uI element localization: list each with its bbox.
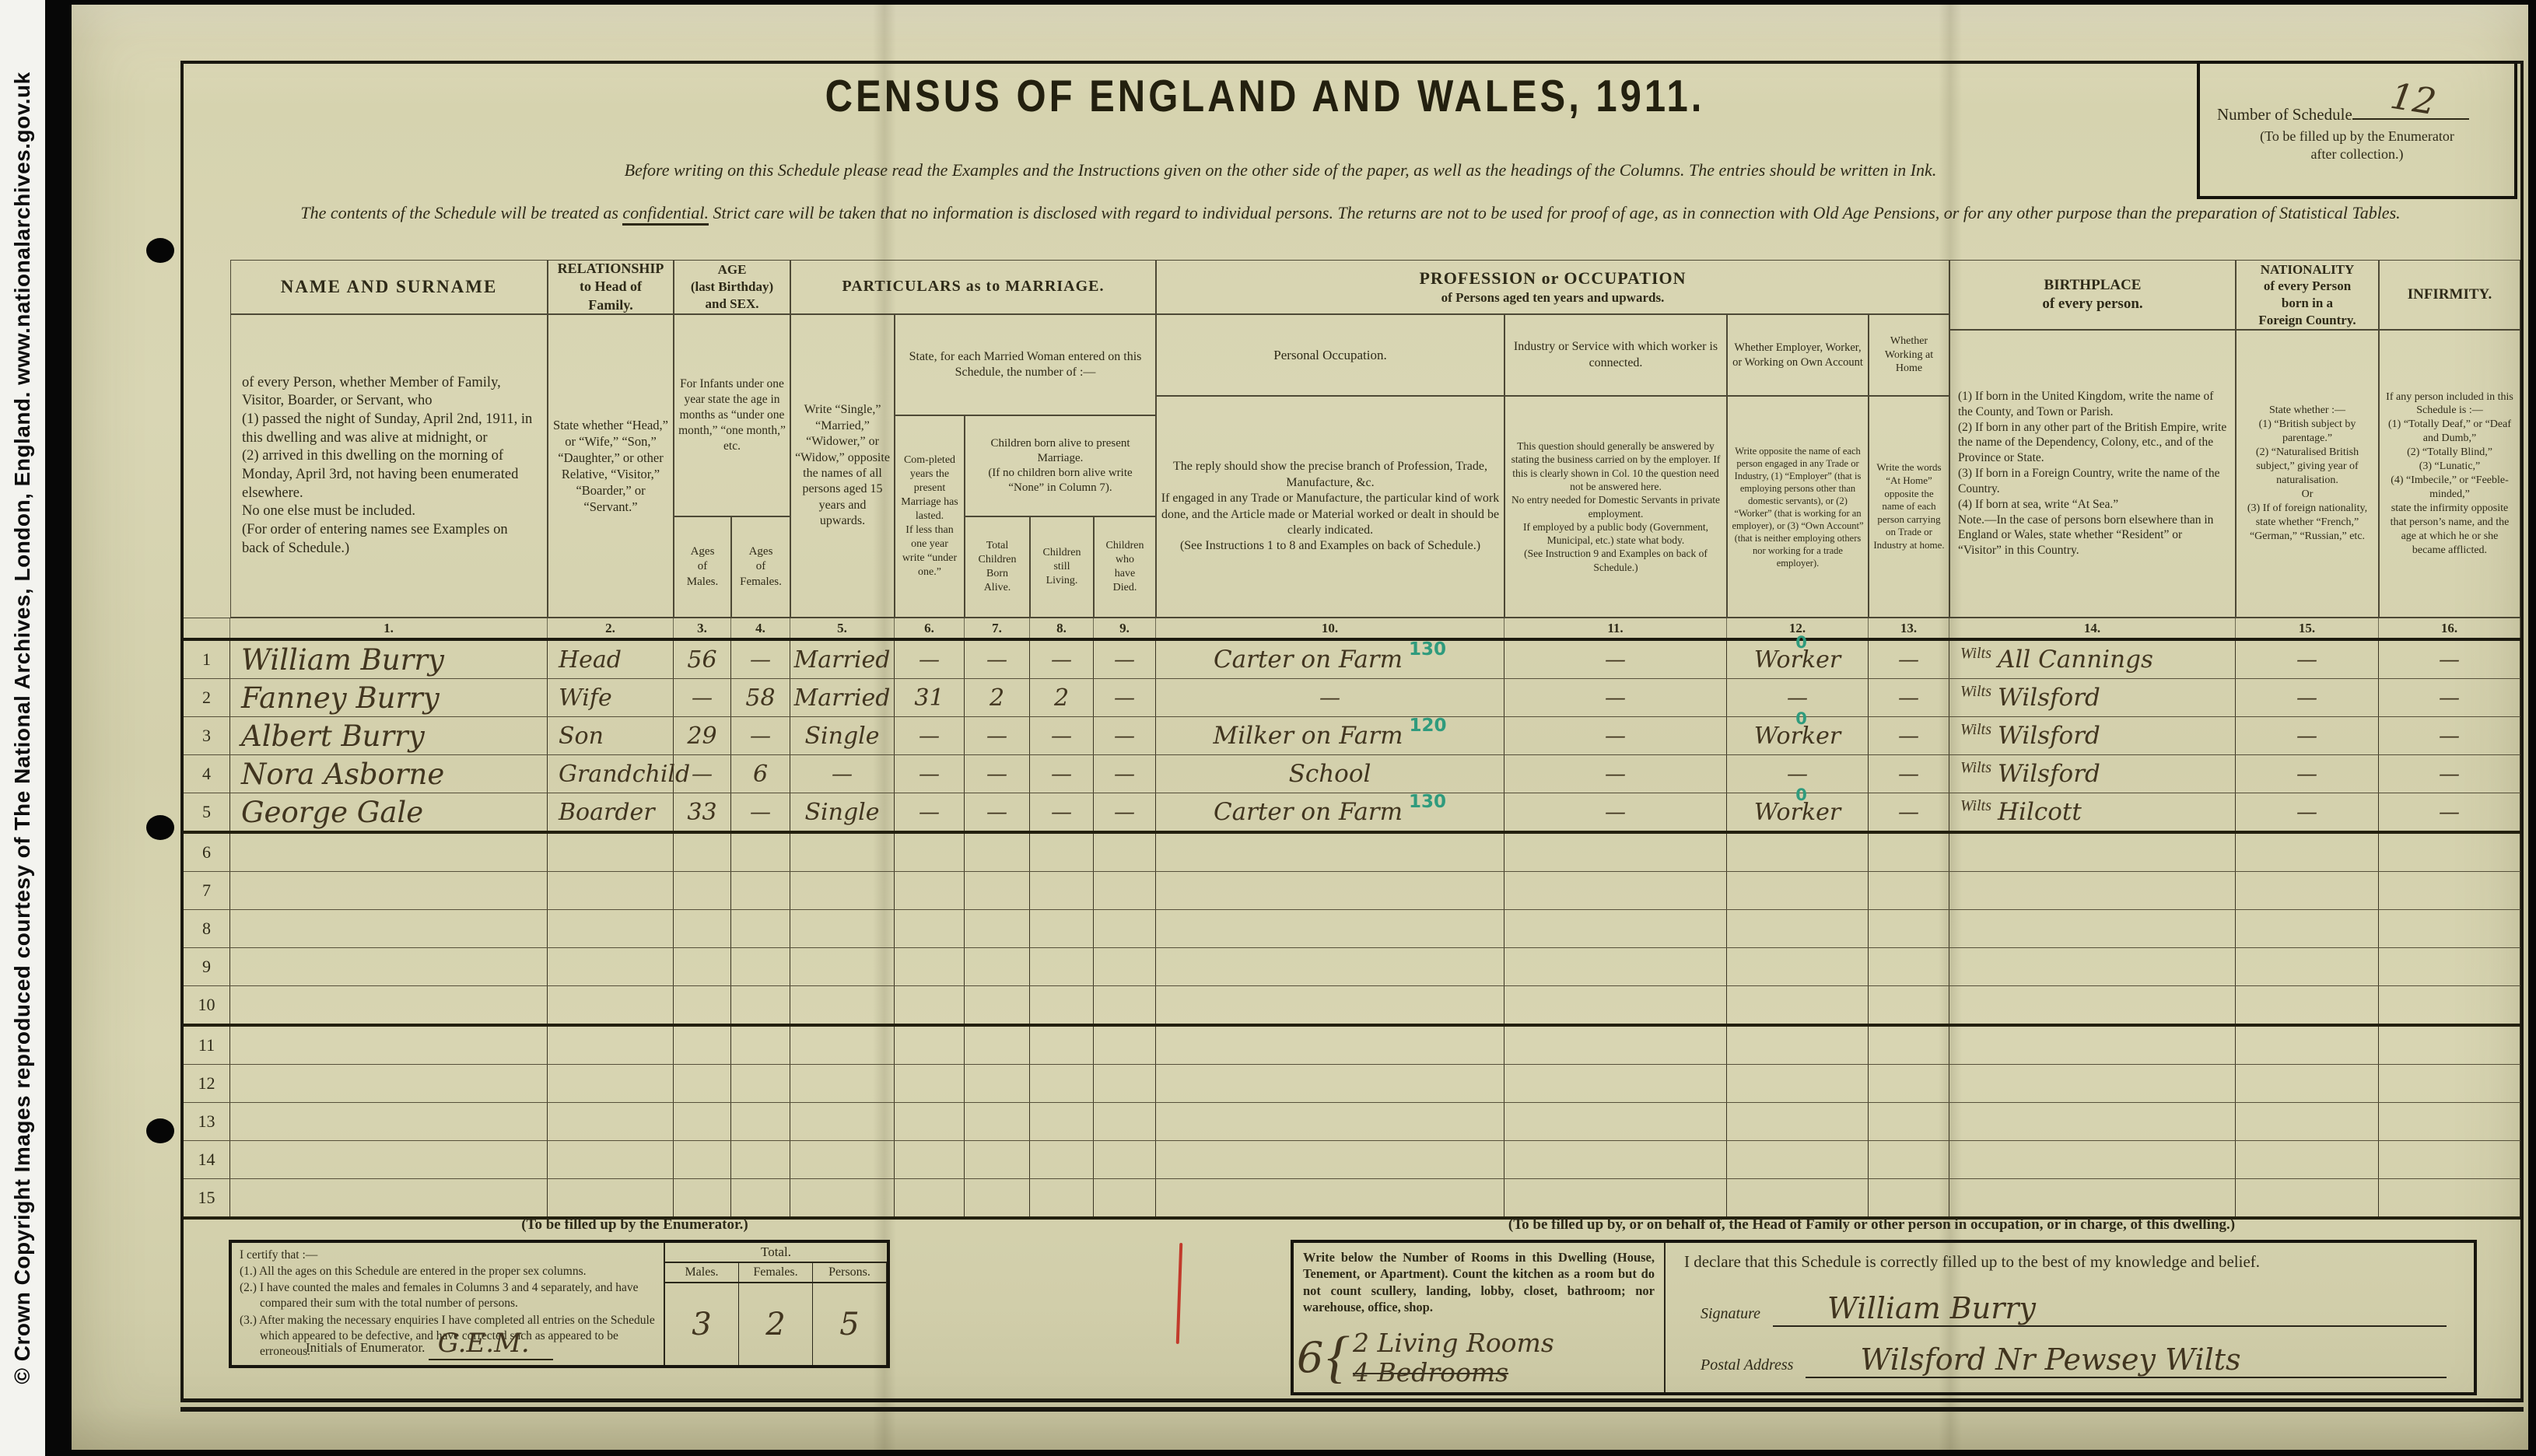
cell-age-males	[674, 1027, 731, 1064]
cell-nationality	[2236, 872, 2379, 909]
cell-occupation	[1156, 834, 1504, 871]
census-form: CENSUS OF ENGLAND AND WALES, 1911. Numbe…	[180, 61, 2524, 1402]
cell-children-died	[1094, 986, 1156, 1024]
row-number: 3	[184, 717, 230, 754]
col9-head: Children who have Died.	[1094, 516, 1156, 618]
cell-occupation	[1156, 1065, 1504, 1102]
cell-industry	[1504, 1141, 1727, 1178]
cell-marriage	[790, 872, 895, 909]
cell-years-married	[895, 1027, 965, 1064]
cell-years-married	[895, 1065, 965, 1102]
cell-nationality	[2236, 1141, 2379, 1178]
cell-industry	[1504, 910, 1727, 947]
cell-infirmity	[2379, 1179, 2520, 1216]
cell-marriage	[790, 1065, 895, 1102]
cell-relationship: Head	[548, 641, 674, 678]
rooms-cell: Write below the Number of Rooms in this …	[1294, 1243, 1666, 1392]
cell-age-females	[731, 1065, 790, 1102]
cell-years-married: —	[895, 793, 965, 831]
cell-children-born	[965, 872, 1030, 909]
cell-at-home	[1869, 834, 1949, 871]
cell-years-married: —	[895, 755, 965, 793]
cell-relationship: Grandchild	[548, 755, 674, 793]
col12-head: Whether Employer, Worker, or Working on …	[1727, 314, 1869, 396]
cell-name	[230, 986, 548, 1024]
cell-birthplace: WiltsWilsford	[1949, 717, 2236, 754]
cell-nationality: —	[2236, 793, 2379, 831]
cell-age-males	[674, 1065, 731, 1102]
cell-age-females	[731, 986, 790, 1024]
cell-at-home	[1869, 1027, 1949, 1064]
cell-children-died	[1094, 948, 1156, 985]
cell-age-males	[674, 1141, 731, 1178]
table-row: 4Nora AsborneGrandchild—6—————School———W…	[184, 755, 2520, 793]
cell-birthplace	[1949, 986, 2236, 1024]
col6-instructions: Com-pleted years the present Marriage ha…	[895, 415, 965, 618]
cell-years-married: —	[895, 641, 965, 678]
cell-age-females	[731, 872, 790, 909]
cell-at-home	[1869, 1141, 1949, 1178]
table-row: 8	[184, 910, 2520, 948]
cell-employment-status	[1727, 1103, 1869, 1140]
cell-infirmity	[2379, 1027, 2520, 1064]
cell-infirmity	[2379, 834, 2520, 871]
col11-head: Industry or Service with which worker is…	[1504, 314, 1727, 396]
cell-years-married	[895, 1179, 965, 1216]
cell-birthplace: WiltsWilsford	[1949, 679, 2236, 716]
cell-marriage	[790, 1103, 895, 1140]
cell-birthplace: WiltsHilcott	[1949, 793, 2236, 831]
total-females-value: 2	[765, 1307, 785, 1342]
cell-age-males	[674, 948, 731, 985]
column-number-14: 14.	[1949, 618, 2236, 638]
cell-at-home: —	[1869, 717, 1949, 754]
cell-children-living	[1030, 1103, 1094, 1140]
table-row: 3Albert BurrySon29—Single————Milker on F…	[184, 717, 2520, 755]
cell-infirmity	[2379, 910, 2520, 947]
cell-occupation: Carter on Farm130	[1156, 793, 1504, 831]
cell-children-died: —	[1094, 641, 1156, 678]
cell-marriage	[790, 1027, 895, 1064]
cell-years-married: 31	[895, 679, 965, 716]
col14-instructions: (1) If born in the United Kingdom, write…	[1949, 330, 2236, 618]
cell-children-living	[1030, 1179, 1094, 1216]
cell-relationship	[548, 986, 674, 1024]
cell-children-born	[965, 986, 1030, 1024]
cell-children-living: —	[1030, 641, 1094, 678]
cell-relationship: Wife	[548, 679, 674, 716]
cell-age-females	[731, 834, 790, 871]
cell-children-living: 2	[1030, 679, 1094, 716]
col2-instructions: State whether “Head,” or “Wife,” “Son,” …	[548, 314, 674, 618]
cell-marriage	[790, 910, 895, 947]
cell-industry: —	[1504, 755, 1727, 793]
cell-age-males	[674, 986, 731, 1024]
cell-children-died: —	[1094, 679, 1156, 716]
cell-age-females: 58	[731, 679, 790, 716]
col-group-infirmity: INFIRMITY.	[2379, 260, 2520, 330]
cell-children-born	[965, 1103, 1030, 1140]
cell-children-living	[1030, 1065, 1094, 1102]
age-infants-note: For Infants under one year state the age…	[674, 314, 790, 516]
cell-marriage	[790, 986, 895, 1024]
schedule-number-box: Number of Schedule (To be filled up by t…	[2197, 61, 2517, 199]
cell-children-born	[965, 1179, 1030, 1216]
rooms-line-1: 2 Living Rooms	[1353, 1328, 1554, 1358]
postal-address-value: Wilsford Nr Pewsey Wilts	[1806, 1342, 2447, 1378]
cell-occupation	[1156, 986, 1504, 1024]
col13-head: Whether Working at Home	[1869, 314, 1949, 396]
cell-nationality	[2236, 1065, 2379, 1102]
cell-age-males	[674, 1179, 731, 1216]
column-number-15: 15.	[2236, 618, 2379, 638]
cell-age-males	[674, 872, 731, 909]
schedule-number-label: Number of Schedule	[2217, 105, 2352, 124]
cell-occupation	[1156, 948, 1504, 985]
cell-employment-status	[1727, 948, 1869, 985]
col10-instructions: The reply should show the precise branch…	[1156, 396, 1504, 618]
rooms-handwritten: 6 { 2 Living Rooms 4 Bedrooms	[1297, 1325, 1554, 1391]
column-number-10: 10.	[1156, 618, 1504, 638]
cell-birthplace	[1949, 1179, 2236, 1216]
cell-occupation	[1156, 872, 1504, 909]
cell-at-home	[1869, 1103, 1949, 1140]
table-row: 11	[184, 1027, 2520, 1065]
enumerator-initials-value: G.E.M.	[429, 1328, 553, 1360]
cell-at-home: —	[1869, 755, 1949, 793]
rooms-line-2: 4 Bedrooms	[1353, 1358, 1554, 1388]
row-number: 2	[184, 679, 230, 716]
table-row: 10	[184, 986, 2520, 1027]
cell-industry	[1504, 872, 1727, 909]
enumerator-heading: (To be filled up by the Enumerator.)	[378, 1216, 891, 1234]
cell-at-home	[1869, 910, 1949, 947]
cell-employment-status	[1727, 1141, 1869, 1178]
householder-heading: (To be filled up by, or on behalf of, th…	[1234, 1216, 2510, 1234]
cell-children-living	[1030, 1141, 1094, 1178]
cell-name: Nora Asborne	[230, 755, 548, 793]
row-number: 8	[184, 910, 230, 947]
row-number: 7	[184, 872, 230, 909]
cell-children-born: —	[965, 755, 1030, 793]
cell-children-died	[1094, 872, 1156, 909]
cell-relationship	[548, 910, 674, 947]
punch-hole	[146, 1118, 174, 1143]
cell-nationality: —	[2236, 641, 2379, 678]
cell-marriage	[790, 834, 895, 871]
table-row: 15	[184, 1179, 2520, 1220]
cell-name	[230, 872, 548, 909]
copyright-strip: © Crown Copyright Images reproduced cour…	[0, 0, 45, 1456]
cell-nationality	[2236, 1027, 2379, 1064]
cell-marriage: —	[790, 755, 895, 793]
cell-marriage	[790, 1141, 895, 1178]
cell-industry: —	[1504, 793, 1727, 831]
cell-name	[230, 1141, 548, 1178]
table-row: 6	[184, 834, 2520, 872]
cell-industry	[1504, 1027, 1727, 1064]
cell-infirmity: —	[2379, 755, 2520, 793]
total-col-persons: Persons.	[813, 1263, 887, 1283]
cell-marriage: Married	[790, 679, 895, 716]
cell-children-born	[965, 1065, 1030, 1102]
census-paper: CENSUS OF ENGLAND AND WALES, 1911. Numbe…	[72, 5, 2528, 1450]
cell-birthplace	[1949, 1027, 2236, 1064]
copyright-text: © Crown Copyright Images reproduced cour…	[10, 72, 35, 1384]
postal-address-label: Postal Address	[1701, 1356, 1793, 1374]
table-header: NAME AND SURNAME of every Person, whethe…	[184, 260, 2520, 641]
cell-age-females: —	[731, 793, 790, 831]
column-number-16: 16.	[2379, 618, 2520, 638]
cell-relationship	[548, 1027, 674, 1064]
col7-head: Total Children Born Alive.	[965, 516, 1030, 618]
cell-children-born: 2	[965, 679, 1030, 716]
cell-age-females	[731, 1103, 790, 1140]
instruction-line-2: The contents of the Schedule will be tre…	[215, 201, 2486, 226]
table-row: 12	[184, 1065, 2520, 1103]
cell-relationship	[548, 1103, 674, 1140]
column-number-7: 7.	[965, 618, 1030, 638]
col8-head: Children still Living.	[1030, 516, 1094, 618]
table-row: 7	[184, 872, 2520, 910]
cell-birthplace: WiltsWilsford	[1949, 755, 2236, 793]
cell-relationship: Boarder	[548, 793, 674, 831]
cell-infirmity	[2379, 872, 2520, 909]
cell-name	[230, 834, 548, 871]
cell-birthplace	[1949, 910, 2236, 947]
cell-nationality	[2236, 986, 2379, 1024]
cell-employment-status	[1727, 1179, 1869, 1216]
cell-industry	[1504, 986, 1727, 1024]
cell-children-born: —	[965, 793, 1030, 831]
cell-name	[230, 1179, 548, 1216]
column-number-11: 11.	[1504, 618, 1727, 638]
cell-years-married	[895, 910, 965, 947]
cell-at-home	[1869, 872, 1949, 909]
cell-industry: —	[1504, 679, 1727, 716]
cell-infirmity	[2379, 1103, 2520, 1140]
cell-name	[230, 1027, 548, 1064]
cell-employment-status	[1727, 834, 1869, 871]
column-number-2: 2.	[548, 618, 674, 638]
certify-item-2: (2.) I have counted the males and female…	[240, 1280, 671, 1311]
cell-nationality: —	[2236, 717, 2379, 754]
cell-employment-status: Worker0	[1727, 717, 1869, 754]
punch-hole	[146, 238, 174, 263]
cell-at-home: —	[1869, 641, 1949, 678]
total-males-value: 3	[692, 1307, 711, 1342]
cell-age-females: —	[731, 641, 790, 678]
cell-at-home: —	[1869, 679, 1949, 716]
col12-instructions: Write opposite the name of each person e…	[1727, 396, 1869, 618]
cell-age-females	[731, 1141, 790, 1178]
cell-birthplace: WiltsAll Cannings	[1949, 641, 2236, 678]
cell-years-married	[895, 1103, 965, 1140]
cell-industry	[1504, 1103, 1727, 1140]
cell-infirmity: —	[2379, 793, 2520, 831]
cell-marriage	[790, 948, 895, 985]
cell-employment-status: Worker0	[1727, 641, 1869, 678]
col10-head: Personal Occupation.	[1156, 314, 1504, 396]
cell-years-married	[895, 872, 965, 909]
signature-label: Signature	[1701, 1305, 1760, 1323]
column-number-6: 6.	[895, 618, 965, 638]
cell-relationship: Son	[548, 717, 674, 754]
cell-age-males: 29	[674, 717, 731, 754]
rooms-instruction: Write below the Number of Rooms in this …	[1303, 1249, 1655, 1316]
cell-nationality	[2236, 1103, 2379, 1140]
cell-children-living	[1030, 1027, 1094, 1064]
col-group-relationship: RELATIONSHIP to Head of Family.	[548, 260, 674, 314]
cell-occupation	[1156, 910, 1504, 947]
cell-infirmity: —	[2379, 641, 2520, 678]
cell-marriage: Married	[790, 641, 895, 678]
cell-industry	[1504, 834, 1727, 871]
cell-years-married	[895, 948, 965, 985]
column-number-8: 8.	[1030, 618, 1094, 638]
declaration-cell: I declare that this Schedule is correctl…	[1666, 1243, 2474, 1392]
cell-relationship	[548, 1065, 674, 1102]
col-group-marriage: PARTICULARS as to MARRIAGE.	[790, 260, 1156, 314]
schedule-number-value: 12	[2388, 75, 2440, 123]
red-check-mark	[1176, 1243, 1183, 1344]
cell-relationship	[548, 834, 674, 871]
table-row: 14	[184, 1141, 2520, 1179]
col13-instructions: Write the words “At Home” opposite the n…	[1869, 396, 1949, 618]
col-group-birthplace: BIRTHPLACE of every person.	[1949, 260, 2236, 330]
cell-employment-status	[1727, 1027, 1869, 1064]
married-woman-band: State, for each Married Woman entered on…	[895, 314, 1156, 415]
cell-children-living	[1030, 834, 1094, 871]
cell-birthplace	[1949, 834, 2236, 871]
enumerator-box: I certify that :— (1.) All the ages on t…	[229, 1240, 890, 1368]
row-number: 13	[184, 1103, 230, 1140]
col11-instructions: This question should generally be answer…	[1504, 396, 1727, 618]
cell-occupation	[1156, 1141, 1504, 1178]
cell-industry	[1504, 1065, 1727, 1102]
cell-children-died	[1094, 910, 1156, 947]
signature-value: William Burry	[1773, 1291, 2447, 1327]
cell-relationship	[548, 1141, 674, 1178]
children-born-band: Children born alive to present Marriage.…	[965, 415, 1156, 516]
cell-children-born	[965, 948, 1030, 985]
cell-children-died	[1094, 1179, 1156, 1216]
cell-name	[230, 1103, 548, 1140]
cell-years-married: —	[895, 717, 965, 754]
cell-name: George Gale	[230, 793, 548, 831]
cell-nationality	[2236, 948, 2379, 985]
cell-occupation	[1156, 1179, 1504, 1216]
declaration-text: I declare that this Schedule is correctl…	[1684, 1252, 2455, 1272]
form-title: CENSUS OF ENGLAND AND WALES, 1911.	[681, 71, 1848, 122]
cell-children-living	[1030, 872, 1094, 909]
cell-age-females: —	[731, 717, 790, 754]
col5-instructions: Write “Single,” “Married,” “Widower,” or…	[790, 314, 895, 618]
cell-name: Albert Burry	[230, 717, 548, 754]
cell-nationality: —	[2236, 679, 2379, 716]
total-label: Total.	[665, 1243, 887, 1263]
cell-children-died: —	[1094, 717, 1156, 754]
col-group-nationality: NATIONALITY of every Person born in a Fo…	[2236, 260, 2379, 330]
row-number: 5	[184, 793, 230, 831]
cell-name	[230, 910, 548, 947]
instruction-line-1: Before writing on this Schedule please r…	[386, 160, 2175, 180]
cell-age-males: 33	[674, 793, 731, 831]
cell-nationality	[2236, 834, 2379, 871]
row-number: 12	[184, 1065, 230, 1102]
cell-children-living	[1030, 948, 1094, 985]
cell-infirmity	[2379, 986, 2520, 1024]
cell-marriage	[790, 1179, 895, 1216]
cell-industry	[1504, 948, 1727, 985]
row-number: 11	[184, 1027, 230, 1064]
cell-children-born	[965, 1141, 1030, 1178]
table-body: 1William BurryHead56—Married————Carter o…	[184, 641, 2520, 1220]
cell-age-females	[731, 1027, 790, 1064]
enumerator-initials: Initials of Enumerator. G.E.M.	[306, 1328, 553, 1359]
cell-nationality: —	[2236, 755, 2379, 793]
cell-age-females: 6	[731, 755, 790, 793]
cell-age-males	[674, 834, 731, 871]
cell-children-died	[1094, 1103, 1156, 1140]
cell-age-males	[674, 910, 731, 947]
cell-at-home: —	[1869, 793, 1949, 831]
cell-children-born	[965, 834, 1030, 871]
schedule-number-note: (To be filled up by the Enumerator after…	[2200, 128, 2514, 163]
dwelling-box: Write below the Number of Rooms in this …	[1291, 1240, 2477, 1395]
cell-infirmity	[2379, 1141, 2520, 1178]
cell-industry: —	[1504, 641, 1727, 678]
cell-children-living: —	[1030, 755, 1094, 793]
colnum-gutter	[184, 618, 230, 638]
column-number-4: 4.	[731, 618, 790, 638]
col-group-name: NAME AND SURNAME	[230, 260, 548, 314]
cell-children-born: —	[965, 641, 1030, 678]
cell-employment-status	[1727, 986, 1869, 1024]
cell-relationship	[548, 948, 674, 985]
cell-infirmity	[2379, 948, 2520, 985]
cell-children-died: —	[1094, 793, 1156, 831]
table-row: 1William BurryHead56—Married————Carter o…	[184, 641, 2520, 679]
column-number-9: 9.	[1094, 618, 1156, 638]
certify-item-1: (1.) All the ages on this Schedule are e…	[240, 1264, 671, 1279]
column-number-5: 5.	[790, 618, 895, 638]
row-number: 10	[184, 986, 230, 1024]
cell-birthplace	[1949, 1141, 2236, 1178]
total-persons-value: 5	[839, 1307, 859, 1342]
cell-infirmity: —	[2379, 679, 2520, 716]
cell-age-females	[731, 948, 790, 985]
table-row: 9	[184, 948, 2520, 986]
cell-employment-status: Worker0	[1727, 793, 1869, 831]
cell-years-married	[895, 1141, 965, 1178]
cell-birthplace	[1949, 872, 2236, 909]
cell-age-females	[731, 910, 790, 947]
cell-children-born	[965, 910, 1030, 947]
cell-nationality	[2236, 910, 2379, 947]
cell-age-males: —	[674, 679, 731, 716]
cell-occupation: Carter on Farm130	[1156, 641, 1504, 678]
cell-employment-status	[1727, 872, 1869, 909]
cell-at-home	[1869, 1065, 1949, 1102]
col3-ages-males: Ages of Males.	[674, 516, 731, 618]
cell-at-home	[1869, 1179, 1949, 1216]
cell-name	[230, 1065, 548, 1102]
rooms-total-value: 6	[1297, 1333, 1323, 1382]
cell-nationality	[2236, 1179, 2379, 1216]
cell-age-males	[674, 1103, 731, 1140]
cell-occupation	[1156, 1103, 1504, 1140]
